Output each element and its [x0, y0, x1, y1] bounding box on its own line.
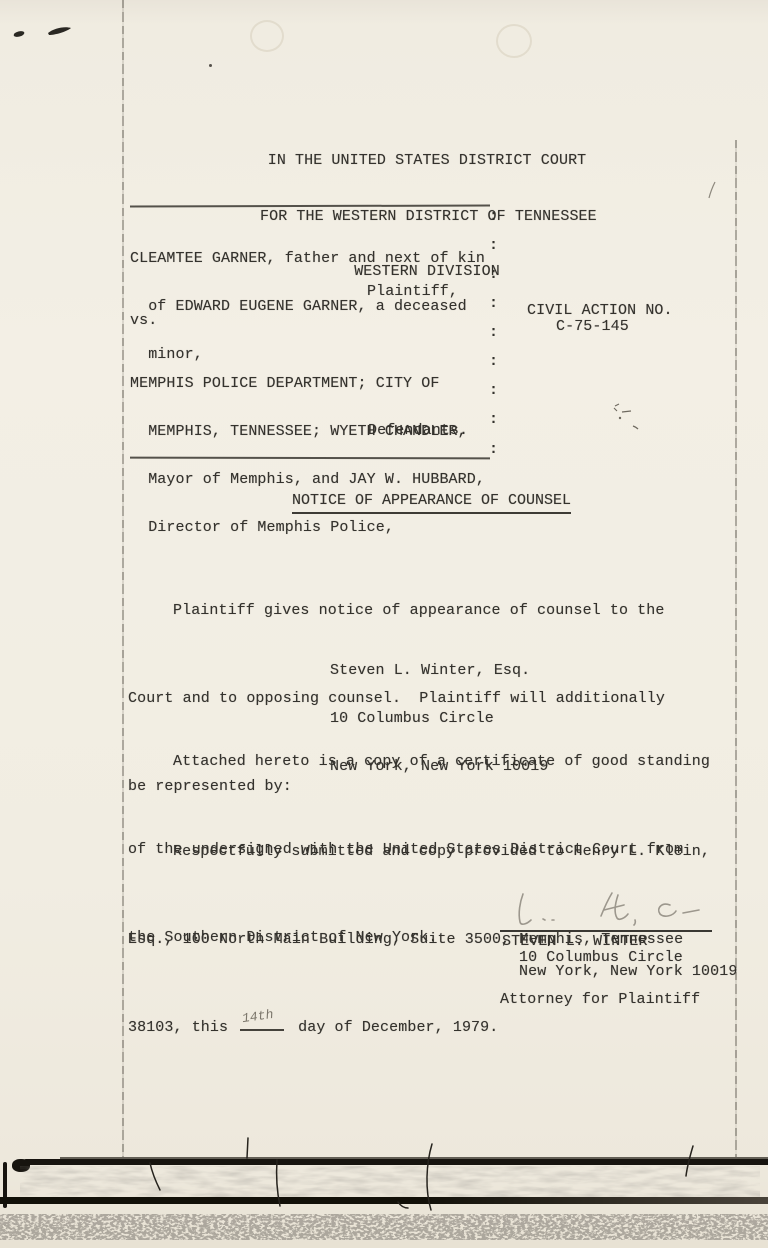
versus-label: vs. [130, 313, 157, 329]
signature-city: New York, New York 10019 [519, 964, 737, 980]
paragraph-line: Respectfully submitted and copy provided… [128, 837, 710, 866]
caption-colon: : [489, 239, 498, 253]
caption-colon: : [489, 210, 498, 224]
date-text-before: 38103, this [128, 1019, 228, 1036]
right-page-edge-line [735, 140, 737, 1157]
case-number-label: CIVIL ACTION NO. [527, 303, 673, 319]
caption-colon: : [489, 268, 498, 282]
caption-colon: : [489, 413, 498, 427]
scanned-court-document: IN THE UNITED STATES DISTRICT COURT FOR … [0, 0, 768, 1248]
caption-colon: : [489, 326, 498, 340]
plaintiff-line: of EDWARD EUGENE GARNER, a deceased [130, 299, 485, 315]
caption-colon: : [489, 355, 498, 369]
date-text-after: day of December, 1979. [298, 1019, 498, 1036]
court-name-line: IN THE UNITED STATES DISTRICT COURT [260, 152, 594, 171]
defendants-role-label: Defendants. [368, 423, 468, 439]
paragraph-line: Attached hereto is a copy of a certifica… [128, 747, 710, 776]
scan-stray-strokes [0, 1130, 768, 1220]
caption-colon: : [489, 384, 498, 398]
counsel-name-line: Steven L. Winter, Esq. [330, 663, 548, 679]
signature-line [500, 930, 712, 932]
defendant-line: Mayor of Memphis, and JAY W. HUBBARD, [130, 472, 485, 488]
scratch-mark [704, 180, 720, 200]
speck-dot [209, 64, 212, 67]
case-number: C-75-145 [556, 319, 629, 335]
ink-mark [8, 22, 88, 44]
signature-scribble [505, 886, 730, 932]
document-title: NOTICE OF APPEARANCE OF COUNSEL [292, 493, 571, 514]
punch-hole-circle [496, 24, 532, 58]
smudge-marks [600, 400, 648, 434]
caption-colon: : [489, 443, 498, 457]
caption-colon: : [489, 297, 498, 311]
day-blank-line: 14th [240, 1015, 284, 1031]
signature-name: STEVEN L. WINTER [502, 934, 648, 950]
paragraph-line-with-blank: 38103, this14thday of December, 1979. [128, 1013, 710, 1042]
punch-hole-circle [250, 20, 284, 52]
handwritten-day: 14th [240, 1000, 275, 1034]
defendant-line: Director of Memphis Police, [130, 520, 485, 536]
defendant-line: MEMPHIS POLICE DEPARTMENT; CITY OF [130, 376, 485, 392]
plaintiff-line: CLEAMTEE GARNER, father and next of kin [130, 251, 485, 267]
plaintiff-role-label: Plaintiff, [367, 284, 458, 300]
left-fold-line [122, 0, 124, 1157]
signature-role: Attorney for Plaintiff [500, 992, 700, 1008]
paragraph-line: Plaintiff gives notice of appearance of … [128, 596, 665, 625]
